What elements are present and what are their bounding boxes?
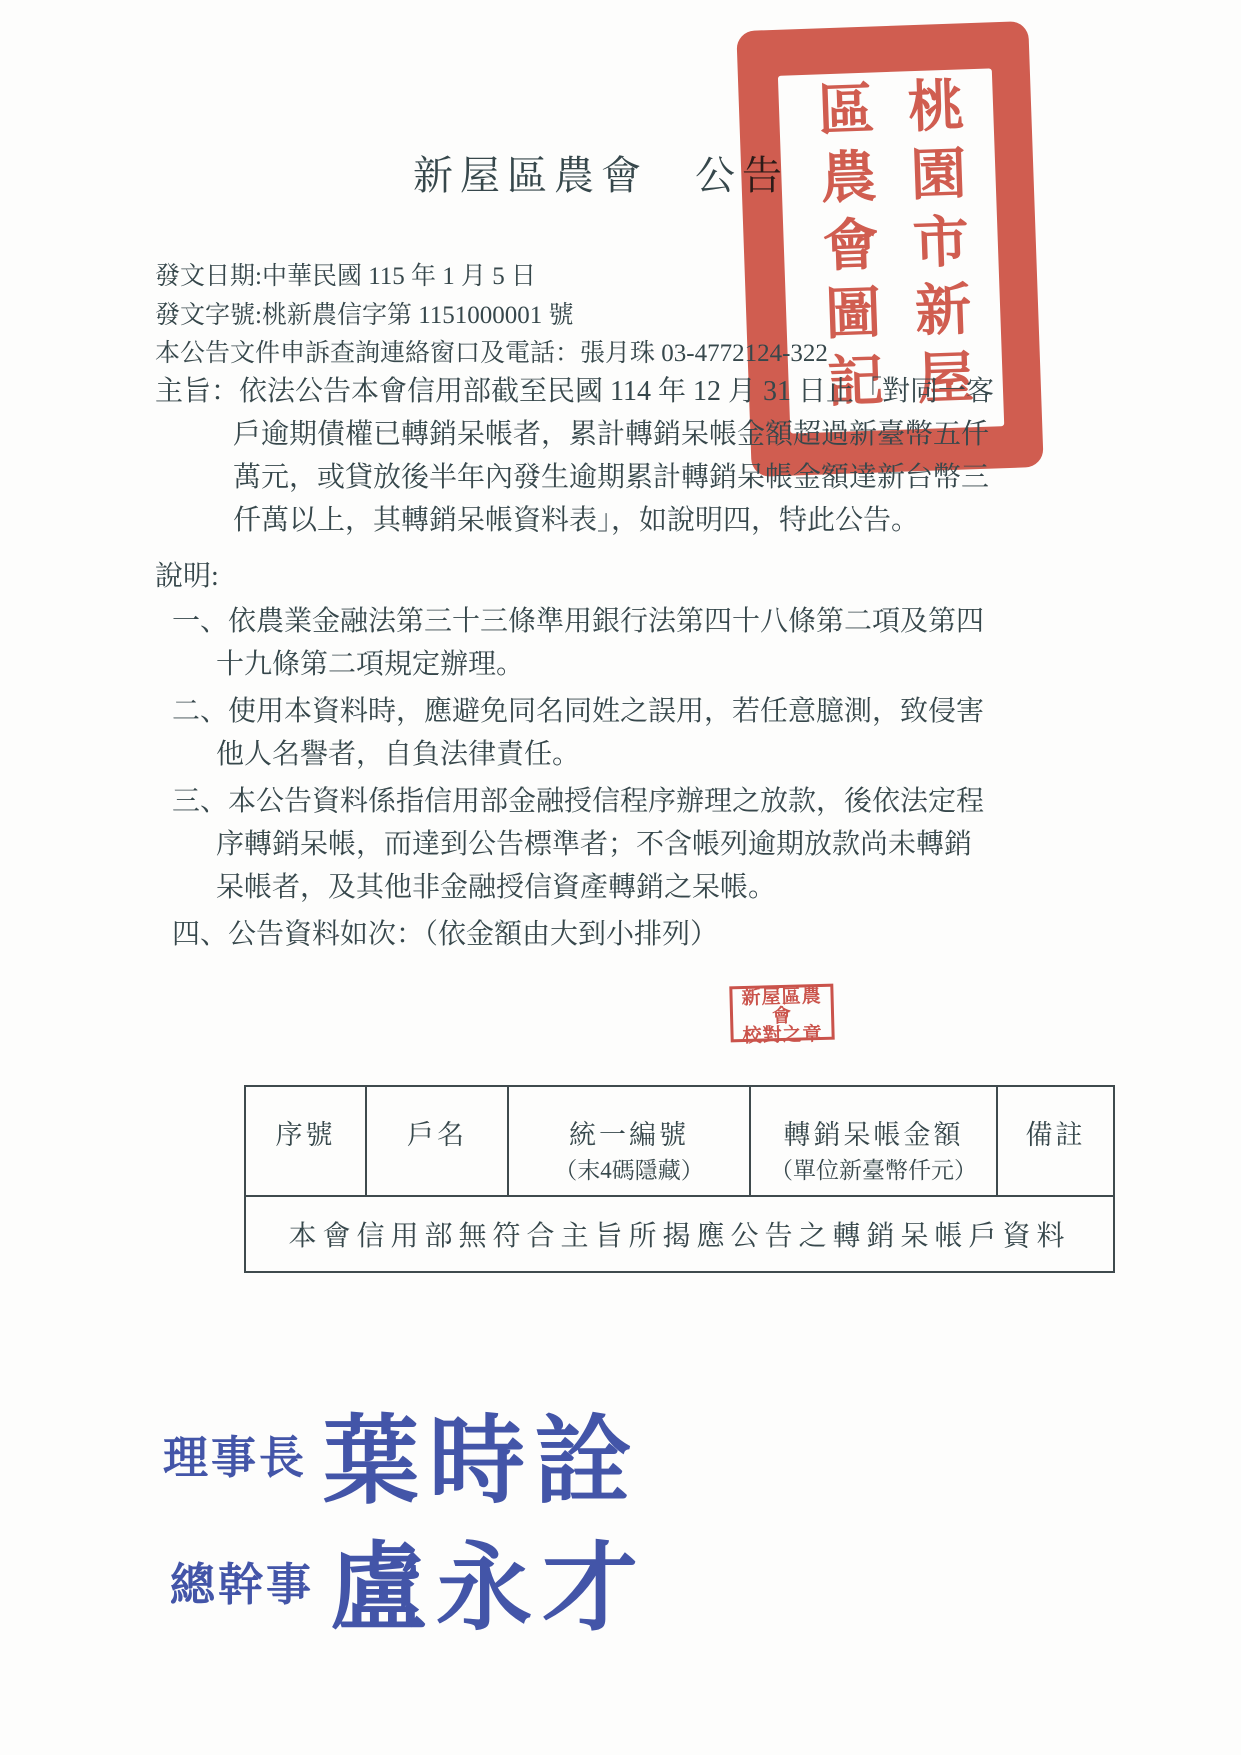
explanation-line: 十九條第二項規定辦理。 (216, 643, 984, 686)
subject-block: 主旨：依法公告本會信用部截至民國 114 年 12 月 31 日止「對同一客 戶… (155, 370, 994, 542)
proofreading-stamp-line: 校對之章 (733, 1025, 831, 1047)
explanation-line: 二、使用本資料時，應避免同名同姓之誤用，若任意臆測，致侵害 (172, 690, 984, 733)
table-header-label: 戶名 (407, 1113, 467, 1152)
signature-role: 理事長 (163, 1421, 307, 1486)
subject-line: 主旨：依法公告本會信用部截至民國 114 年 12 月 31 日止「對同一客 (155, 370, 994, 413)
document-meta: 發文日期:中華民國 115 年 1 月 5 日 發文字號:桃新農信字第 1151… (155, 258, 828, 374)
issue-date-line: 發文日期:中華民國 115 年 1 月 5 日 (155, 258, 828, 297)
table-header-subnote: （末4碼隱藏） (554, 1152, 704, 1185)
table-header-remarks: 備註 (998, 1087, 1113, 1197)
explanation-line: 呆帳者，及其他非金融授信資產轉銷之呆帳。 (216, 866, 984, 909)
explanation-line: 一、依農業金融法第三十三條準用銀行法第四十八條第二項及第四 (172, 600, 984, 643)
signature-general-manager: 總幹事 盧永才 (170, 1505, 648, 1655)
explanation-line: 他人名譽者，自負法律責任。 (216, 733, 984, 776)
doc-number-line: 發文字號:桃新農信字第 1151000001 號 (155, 297, 828, 336)
explanation-line: 序轉銷呆帳，而達到公告標準者；不含帳列逾期放款尚未轉銷 (216, 823, 984, 866)
table-header-label: 備註 (1026, 1113, 1086, 1152)
subject-line: 戶逾期債權已轉銷呆帳者，累計轉銷呆帳金額超過新臺幣五仟 (233, 413, 994, 456)
explanation-heading: 說明: (155, 554, 219, 594)
contact-line: 本公告文件申訴查詢連絡窗口及電話：張月珠 03-4772124-322 (155, 335, 828, 374)
proofreading-stamp: 新屋區農會 校對之章 (729, 984, 834, 1043)
writeoff-table: 序號 戶名 統一編號 （末4碼隱藏） 轉銷呆帳金額 （單位新臺幣仟元） 備註 本… (244, 1085, 1115, 1273)
table-header-writeoff-amount: 轉銷呆帳金額 （單位新臺幣仟元） (751, 1087, 998, 1197)
subject-line: 仟萬以上，其轉銷呆帳資料表」，如說明四，特此公告。 (233, 499, 994, 542)
table-header-account-name: 戶名 (367, 1087, 509, 1197)
table-body-row: 本會信用部無符合主旨所揭應公告之轉銷呆帳戶資料 (246, 1197, 1113, 1271)
table-header-label: 統一編號 (569, 1113, 689, 1152)
signature-role: 總幹事 (170, 1548, 314, 1613)
announcement-page: 新屋區農會 公告 桃園市新屋 區農會圖記 發文日期:中華民國 115 年 1 月… (0, 0, 1241, 1755)
proofreading-stamp-line: 新屋區農會 (732, 987, 831, 1028)
page-title: 新屋區農會 公告 (413, 144, 789, 201)
subject-line: 萬元，或貸放後半年內發生逾期累計轉銷呆帳金額達新台幣三 (233, 456, 994, 499)
table-header-serial: 序號 (246, 1087, 367, 1197)
table-header-label: 序號 (276, 1113, 336, 1152)
explanation-line: 三、本公告資料係指信用部金融授信程序辦理之放款，後依法定程 (172, 780, 984, 823)
explanation-line: 四、公告資料如次：（依金額由大到小排列） (172, 913, 984, 956)
table-header-uniform-id: 統一編號 （末4碼隱藏） (509, 1087, 751, 1197)
signature-name: 葉時詮 (323, 1385, 641, 1522)
table-header-label: 轉銷呆帳金額 (784, 1113, 964, 1152)
table-header-subnote: （單位新臺幣仟元） (770, 1152, 977, 1185)
signature-name: 盧永才 (330, 1512, 648, 1649)
explanation-block: 一、依農業金融法第三十三條準用銀行法第四十八條第二項及第四 十九條第二項規定辦理… (172, 600, 984, 956)
